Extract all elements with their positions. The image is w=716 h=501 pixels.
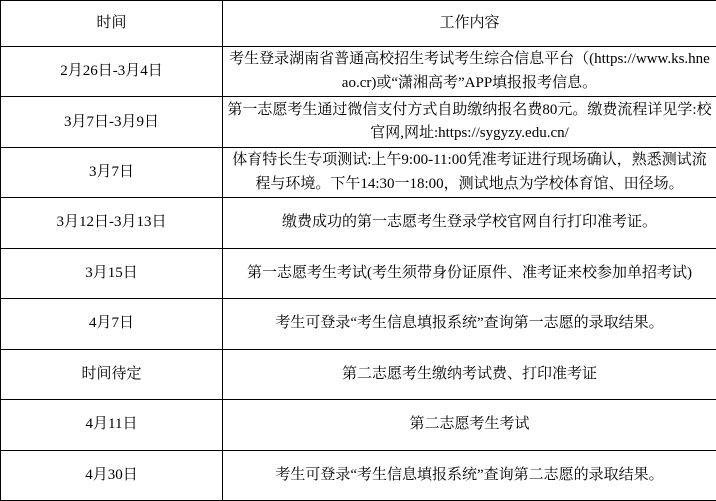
- time-cell: 3月7日-3月9日: [1, 97, 223, 147]
- content-cell: 第二志愿考生考试: [223, 400, 716, 450]
- header-content: 工作内容: [223, 1, 716, 47]
- header-time: 时间: [1, 1, 223, 47]
- table-row: 3月15日 第一志愿考生考试(考生须带身份证原件、准考证来校参加单招考试): [1, 248, 716, 298]
- time-cell: 4月30日: [1, 450, 223, 501]
- content-cell: 体育特长生专项测试:上午9:00-11:00凭准考证进行现场确认，熟悉测试流程与…: [223, 147, 716, 197]
- content-cell: 第一志愿考生考试(考生须带身份证原件、准考证来校参加单招考试): [223, 248, 716, 298]
- table-row: 2月26日-3月4日 考生登录湖南省普通高校招生考试考生综合信息平台（(http…: [1, 47, 716, 97]
- content-cell: 考生可登录“考生信息填报系统”查询第二志愿的录取结果。: [223, 450, 716, 501]
- time-cell: 4月7日: [1, 299, 223, 349]
- schedule-table: 时间 工作内容 2月26日-3月4日 考生登录湖南省普通高校招生考试考生综合信息…: [0, 0, 716, 501]
- table-row: 3月12日-3月13日 缴费成功的第一志愿考生登录学校官网自行打印准考证。: [1, 198, 716, 248]
- content-cell: 第二志愿考生缴纳考试费、打印准考证: [223, 349, 716, 399]
- content-cell: 考生登录湖南省普通高校招生考试考生综合信息平台（(https://www.ks.…: [223, 47, 716, 97]
- time-cell: 3月7日: [1, 147, 223, 197]
- table-row: 4月7日 考生可登录“考生信息填报系统”查询第一志愿的录取结果。: [1, 299, 716, 349]
- table-row: 4月30日 考生可登录“考生信息填报系统”查询第二志愿的录取结果。: [1, 450, 716, 501]
- content-cell: 考生可登录“考生信息填报系统”查询第一志愿的录取结果。: [223, 299, 716, 349]
- table-row: 3月7日 体育特长生专项测试:上午9:00-11:00凭准考证进行现场确认，熟悉…: [1, 147, 716, 197]
- time-cell: 2月26日-3月4日: [1, 47, 223, 97]
- content-cell: 缴费成功的第一志愿考生登录学校官网自行打印准考证。: [223, 198, 716, 248]
- table-row: 时间待定 第二志愿考生缴纳考试费、打印准考证: [1, 349, 716, 399]
- time-cell: 时间待定: [1, 349, 223, 399]
- table-header-row: 时间 工作内容: [1, 1, 716, 47]
- table-row: 3月7日-3月9日 第一志愿考生通过微信支付方式自助缴纳报名费80元。缴费流程详…: [1, 97, 716, 147]
- content-cell: 第一志愿考生通过微信支付方式自助缴纳报名费80元。缴费流程详见学:校官网,网址:…: [223, 97, 716, 147]
- table-row: 4月11日 第二志愿考生考试: [1, 400, 716, 450]
- time-cell: 4月11日: [1, 400, 223, 450]
- time-cell: 3月15日: [1, 248, 223, 298]
- time-cell: 3月12日-3月13日: [1, 198, 223, 248]
